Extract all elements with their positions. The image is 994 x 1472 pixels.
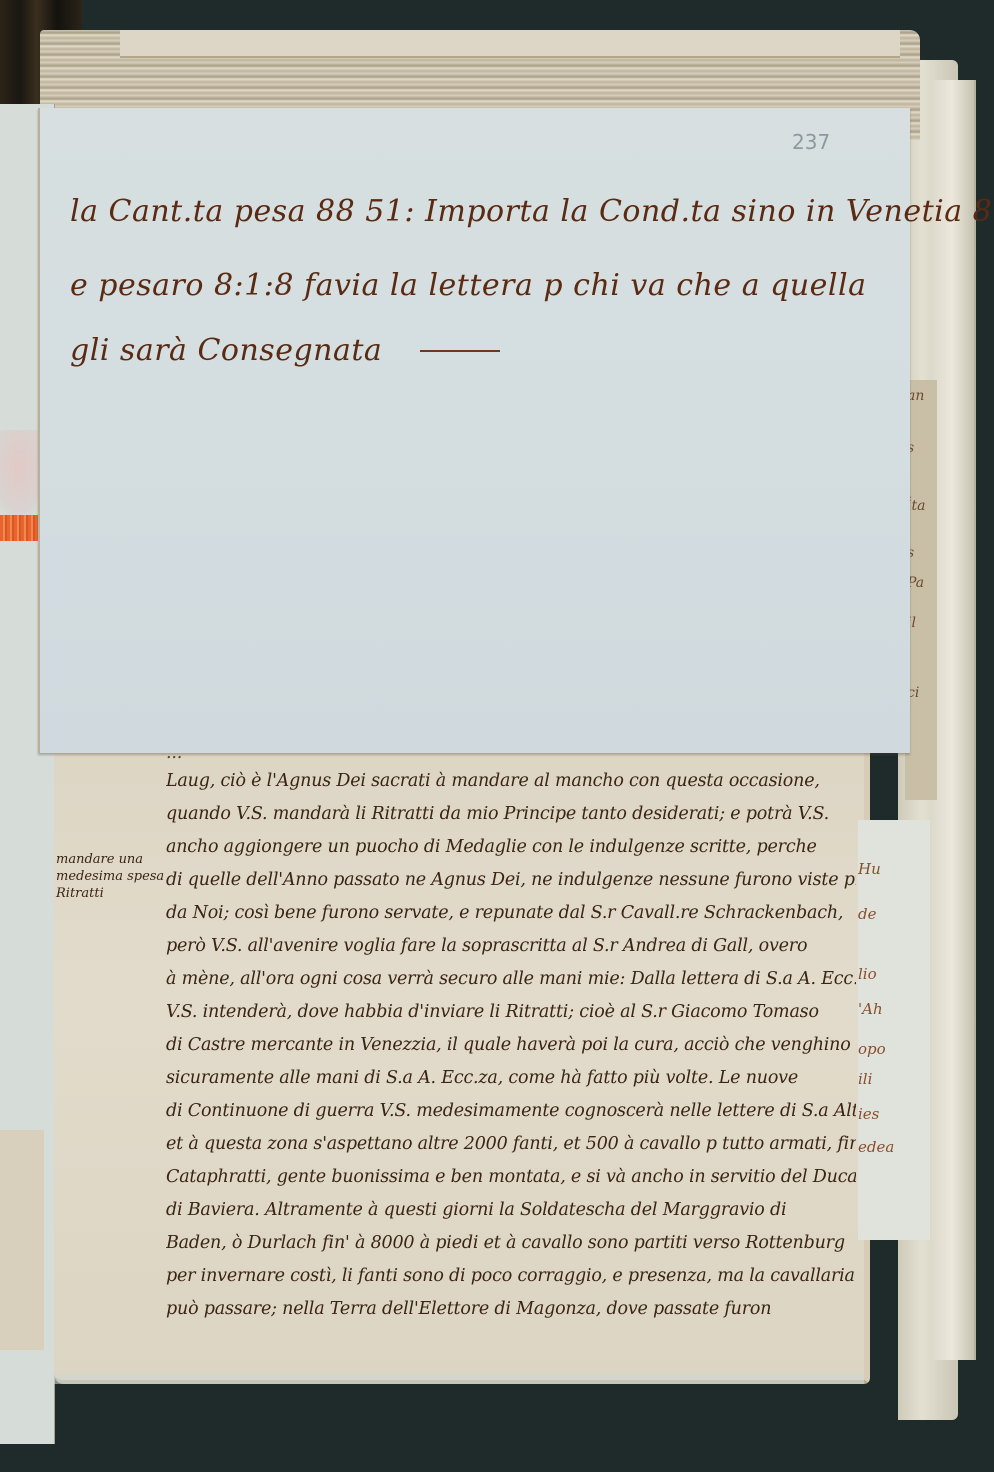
letter-line-10: sicuramente alle mani di S.a A. Ecc.za, … — [166, 1068, 856, 1088]
letter-line-11: di Continuone di guerra V.S. medesimamen… — [166, 1101, 856, 1121]
margin-note-line-1: mandare una — [56, 852, 143, 867]
slip-line-1: la Cant.ta pesa 88 51: Importa la Cond.t… — [70, 194, 994, 229]
letter-line-16: per invernare costì, li fanti sono di po… — [166, 1266, 856, 1286]
fragment-text: de — [858, 905, 930, 923]
letter-line-12: et à questa zona s'aspettano altre 2000 … — [166, 1134, 856, 1154]
fragment-text: opo — [858, 1040, 930, 1058]
margin-note-line-2: medesima spesa — [56, 869, 164, 884]
letter-folio: ... Laug, ciò è l'Agnus Dei sacrati à ma… — [54, 735, 870, 1384]
top-sheet-edge — [120, 30, 900, 58]
letter-line-8: V.S. intenderà, dove habbia d'inviare li… — [166, 1002, 856, 1022]
left-facing-page-lower — [0, 1130, 44, 1350]
letter-line-1: Laug, ciò è l'Agnus Dei sacrati à mandar… — [166, 771, 856, 791]
letter-line-4: di quelle dell'Anno passato ne Agnus Dei… — [166, 870, 856, 890]
letter-line-5: da Noi; così bene furono servate, e repu… — [166, 903, 856, 923]
letter-line-13: Cataphratti, gente buonissima e ben mont… — [166, 1167, 856, 1187]
letter-line-17: può passare; nella Terra dell'Elettore d… — [166, 1299, 856, 1319]
fragment-text: 'Ah — [858, 1000, 930, 1018]
fragment-text: ili — [858, 1070, 930, 1088]
folio-number: 237 — [792, 130, 830, 154]
letter-line-6: però V.S. all'avenire voglia fare la sop… — [166, 936, 856, 956]
blue-paper-slip: 237 la Cant.ta pesa 88 51: Importa la Co… — [38, 108, 910, 753]
letter-line-9: di Castre mercante in Venezzia, il quale… — [166, 1035, 856, 1055]
letter-line-7: à mène, all'ora ogni cosa verrà securo a… — [166, 969, 856, 989]
slip-line-3: gli sarà Consegnata — [70, 333, 382, 368]
letter-line-2: quando V.S. mandarà li Ritratti da mio P… — [166, 804, 856, 824]
fragment-text: Hu — [858, 860, 930, 878]
fragment-text: ies — [858, 1105, 930, 1123]
letter-line-3: ancho aggiongere un puocho di Medaglie c… — [166, 837, 856, 857]
slip-line-2: e pesaro 8:1:8 favia la lettera p chi va… — [70, 268, 866, 303]
slip-flourish-line — [420, 350, 500, 352]
fragment-text: edea — [858, 1138, 930, 1156]
right-edge-slip: Hu de lio 'Ah opo ili ies edea — [858, 820, 930, 1240]
letter-line-15: Baden, ò Durlach fin' à 8000 à piedi et … — [166, 1233, 856, 1253]
letter-line-14: di Baviera. Altramente à questi giorni l… — [166, 1200, 856, 1220]
fragment-text: lio — [858, 965, 930, 983]
margin-note-line-3: Ritratti — [56, 886, 104, 901]
